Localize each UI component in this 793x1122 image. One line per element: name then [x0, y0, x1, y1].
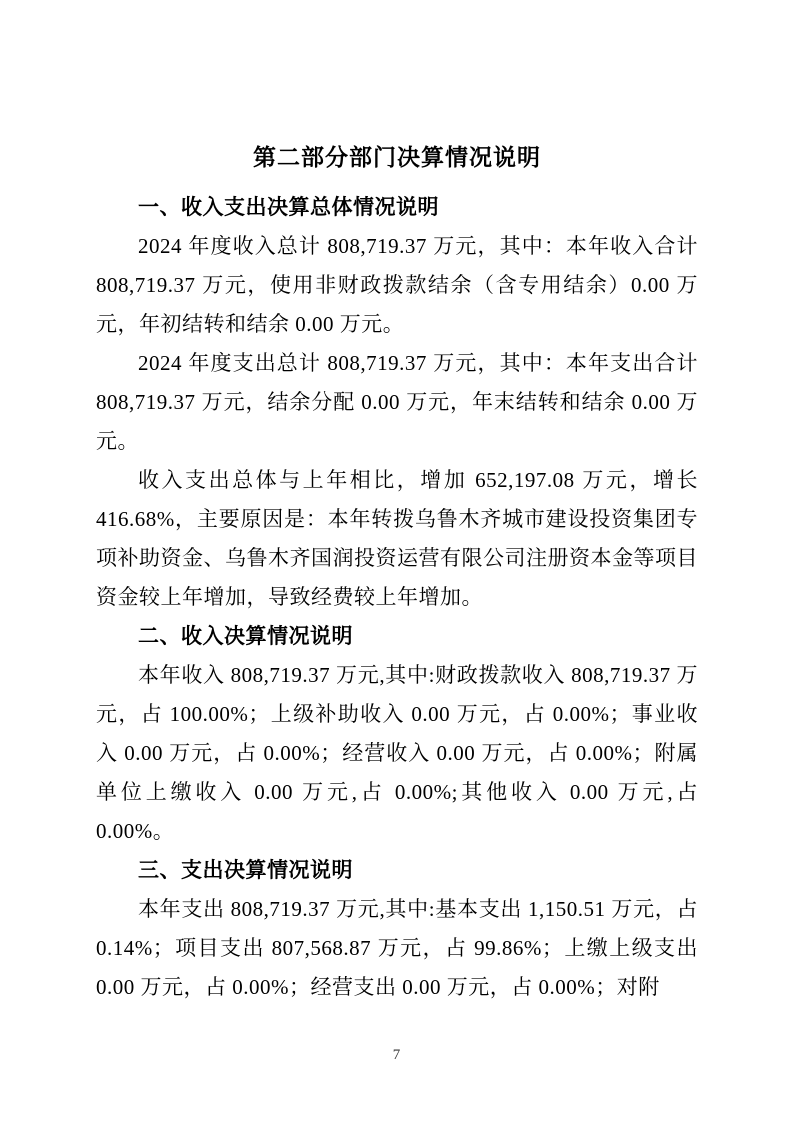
paragraph-expenditure-breakdown: 本年支出 808,719.37 万元,其中:基本支出 1,150.51 万元，占… [96, 890, 698, 1007]
document-content: 第二部分部门决算情况说明 一、收入支出决算总体情况说明 2024 年度收入总计 … [96, 140, 698, 1007]
paragraph-income-breakdown: 本年收入 808,719.37 万元,其中:财政拨款收入 808,719.37 … [96, 656, 698, 851]
paragraph-total-expenditure: 2024 年度支出总计 808,719.37 万元，其中：本年支出合计 808,… [96, 344, 698, 461]
page-title: 第二部分部门决算情况说明 [96, 140, 698, 175]
section-heading-expenditure-details: 三、支出决算情况说明 [96, 851, 698, 890]
section-heading-income-expenditure-overview: 一、收入支出决算总体情况说明 [96, 188, 698, 227]
page-number: 7 [0, 1047, 793, 1064]
paragraph-year-over-year-change: 收入支出总体与上年相比，增加 652,197.08 万元，增长 416.68%，… [96, 461, 698, 617]
paragraph-total-income: 2024 年度收入总计 808,719.37 万元，其中：本年收入合计 808,… [96, 227, 698, 344]
document-page: 第二部分部门决算情况说明 一、收入支出决算总体情况说明 2024 年度收入总计 … [0, 0, 793, 1122]
section-heading-income-details: 二、收入决算情况说明 [96, 617, 698, 656]
